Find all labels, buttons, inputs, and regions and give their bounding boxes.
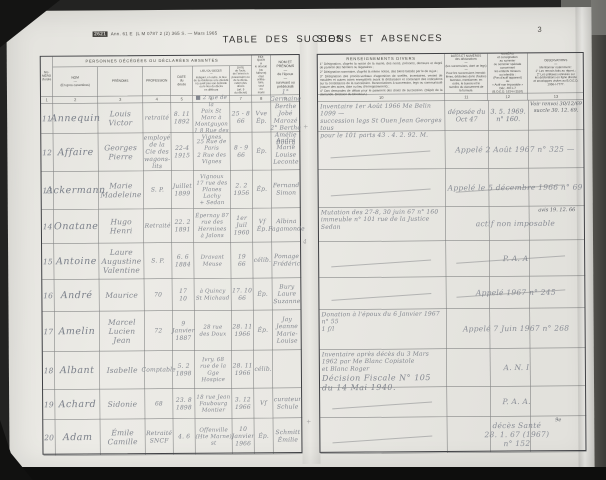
cell-etat: Ép. xyxy=(253,310,272,350)
pen-stroke xyxy=(331,293,431,301)
renseignements-text xyxy=(321,278,443,279)
cell-no: 17 xyxy=(43,312,55,352)
cell-annotation: A. N. I xyxy=(447,348,586,386)
cell-suivi: A. N. I xyxy=(447,348,586,387)
cell-nom: Annequin xyxy=(53,103,98,133)
cell-prenoms: Émile Camille xyxy=(100,419,145,455)
cell-suivi: avis 19. 12. 66actif non imposable xyxy=(446,206,585,241)
cell-prenoms: Georges Pierre xyxy=(98,133,143,171)
cell-epoux: Albina Fagamonde xyxy=(272,208,301,242)
cell-date_deces: 6. 6 1884 xyxy=(172,243,194,279)
cell-nom: Affaire xyxy=(53,133,98,171)
page-title-right: SIONS ET ABSENCES xyxy=(317,33,443,45)
cell-no: 12 xyxy=(41,134,53,172)
cell-profession: employé de la Cie des wagons-lits xyxy=(143,133,171,171)
cell-epoux: curateur Schule xyxy=(273,388,302,418)
cell-lieu_deces: 28 rue des Doux xyxy=(194,310,231,350)
header-date-deces: DATE du décès xyxy=(171,66,193,95)
cell-renseignements xyxy=(320,417,447,454)
cell-renseignements xyxy=(319,241,446,278)
pen-stroke xyxy=(331,259,431,267)
cell-no: 19 xyxy=(43,390,55,420)
gutter-mark: + xyxy=(306,418,311,425)
cell-profession: S. P. xyxy=(144,171,172,209)
header-dates-numeros: DATES ET NUMÉROS des déclarations — (les… xyxy=(445,54,488,94)
cell-profession: retraité xyxy=(143,103,171,133)
cell-etat: célib. xyxy=(253,242,272,278)
cell-date_deces: 22. 2 1891 xyxy=(172,209,194,243)
cell-etat: Vf xyxy=(254,388,273,418)
renseignements-p1: 1° Désignation, d'après la notice de la … xyxy=(320,62,443,70)
scan-bottom-edge xyxy=(0,467,606,480)
group-columns: NOM — (En gros caractères) PRÉNOMS PROFE… xyxy=(53,66,252,97)
cell-annotation: Appelé 2 Août 1967 n° 325 — xyxy=(445,130,584,168)
cell-annotation: Appelé 7 Juin 1967 n° 268 xyxy=(446,308,585,348)
cell-epoux: Bury Laure Suzanne xyxy=(272,278,301,310)
cell-date_deces: 8. 11 1892 xyxy=(171,103,193,133)
cell-date_deces: 5. 2 1898 xyxy=(173,351,195,389)
cell-date_deces: Juillet 1899 xyxy=(172,171,194,209)
cell-no: 16 xyxy=(42,280,54,312)
cell-date_acte: 25 - 8 66 xyxy=(230,102,252,132)
cell-date_acte: 28. 11 1966 xyxy=(232,350,254,388)
pen-stroke xyxy=(332,435,432,443)
cell-epoux: Pomage Frédéric xyxy=(272,242,301,278)
cell-prenoms: Isabelle xyxy=(100,351,145,389)
cell-epoux: 1° Germaine Berthe Jobé Marozé 2° Berthe… xyxy=(271,102,300,132)
register-sheet: 2621Ann. 61 E (L M 0787 2 (2) 365 S. — M… xyxy=(6,7,594,471)
cell-prenoms: Laure Augustine Valentine xyxy=(99,243,144,279)
cell-dates-numeros: déposée du Oct 47 xyxy=(445,101,488,131)
cell-numero: 3. 5. 1969. n° 160. xyxy=(488,100,528,130)
gutter-mark: + xyxy=(303,123,308,130)
cell-nom: Ackermann xyxy=(54,171,99,209)
header-renseignements: RENSEIGNEMENTS DIVERS 1° Désignation, d'… xyxy=(318,54,445,95)
header-nom: NOM — (En gros caractères) xyxy=(53,67,98,96)
cell-lieu_deces: 25 Rue de Paris 2 Rue des Vignes xyxy=(193,132,230,170)
cell-date_acte: 2. 2 1956 xyxy=(231,170,253,208)
cell-etat: Ép. xyxy=(254,418,273,454)
cell-profession: Retraité SNCF xyxy=(145,419,173,455)
cell-prenoms: Maurice xyxy=(99,279,144,311)
renseignements-text xyxy=(321,170,443,171)
header-numero-ordre: NU- MÉRO d'ordre xyxy=(41,57,53,97)
cell-date_acte: 1er Juil 1960 xyxy=(231,208,253,242)
cell-renseignements: Inventaire 1er Août 1966 Me Belin 1099 —… xyxy=(318,101,445,132)
form-reference: 2621Ann. 61 E (L M 0787 2 (2) 365 S. — M… xyxy=(93,31,218,37)
cell-date_acte: 10 Janvier 1966 xyxy=(232,418,254,454)
cell-no: 14 xyxy=(42,210,54,244)
form-ref-detail: (L M 0787 2 (2) 365 S. — Mars 1965 xyxy=(136,31,218,37)
cell-nom: Antoine xyxy=(54,243,99,279)
cell-date_deces: 4. 6 xyxy=(173,419,195,455)
renseignements-p3: 3° Désignation des procès-verbaux d'appo… xyxy=(320,74,443,89)
cell-prenoms: Sidonie xyxy=(100,389,145,419)
cell-etat: Vve Ép. xyxy=(252,102,271,132)
cell-nom: Amelin xyxy=(55,311,100,351)
cell-epoux xyxy=(273,350,302,388)
form-code: 2621 xyxy=(93,31,108,37)
cell-annotation: actif non imposable xyxy=(446,206,585,240)
cell-nom: Achard xyxy=(55,389,100,419)
cell-suivi: P. A. A. xyxy=(447,386,586,417)
cell-date_acte: 8 - 9 66 xyxy=(230,132,252,170)
cell-etat: Ép. xyxy=(253,278,272,310)
cell-suivi: 9edécès Santé 28. 1. 67 (1967) n° 152 xyxy=(447,416,586,453)
page-number: 3 xyxy=(538,25,542,34)
renseignements-text: Mutation des 27-8, 30 juin 67 n° 160 imm… xyxy=(321,208,444,230)
renseignements-text xyxy=(320,132,442,133)
cell-date_acte: 28. 11 1966 xyxy=(231,310,253,350)
cell-epoux: André Marie Louise Leconte xyxy=(271,132,300,170)
cell-suivi: déposée du Oct 473. 5. 1969. n° 160.Voir… xyxy=(445,100,584,131)
cell-nom: Albant xyxy=(55,351,100,389)
gutter-mark: 4 xyxy=(303,238,307,245)
renseignements-text xyxy=(322,388,444,389)
header-profession: PROFESSION xyxy=(143,66,171,95)
form-ref-name: Ann. 61 E xyxy=(111,31,133,36)
cell-lieu_deces: Vignoux 17 rue des Planes Lachy + Sedan xyxy=(194,170,231,208)
cell-profession: Retraité xyxy=(144,209,172,243)
cell-renseignements: Inventaire après décès du 3 Mars 1962 pa… xyxy=(320,349,447,388)
cell-date_acte: 17. 10 66 xyxy=(231,278,253,310)
renseignements-text xyxy=(322,418,444,419)
pen-stroke xyxy=(332,402,432,410)
renseignements-text xyxy=(321,242,443,243)
cell-date_acte: 19 66 xyxy=(231,242,253,278)
cell-date_acte: 3. 12 1966 xyxy=(232,388,254,418)
cell-epoux: Schmitt Émilie xyxy=(273,418,302,454)
cell-date_deces: 23. 8 1898 xyxy=(173,389,195,419)
cell-profession: 72 xyxy=(144,311,172,351)
cell-suivi: P. A. A xyxy=(446,240,585,277)
header-observations: OBSERVATIONS — Mentionner notamment : 1°… xyxy=(528,53,584,93)
cell-lieu_deces: Ivry. 68 rue de la Gge Hospice xyxy=(195,350,232,388)
cell-epoux: Jay Jeanne Marie-Louise xyxy=(272,310,301,350)
pen-stroke xyxy=(331,189,431,197)
table-renseignements: RENSEIGNEMENTS DIVERS 1° Désignation, d'… xyxy=(317,52,587,453)
cell-epoux: Fernand Simon xyxy=(272,170,301,208)
cell-renseignements xyxy=(320,387,447,418)
cell-nom: André xyxy=(54,279,99,311)
cell-renseignements: Donation à l'époux du 6 Janvier 1967 n° … xyxy=(319,309,446,350)
header-date-acte: DATE de l'acte, de l'envoi en possession… xyxy=(230,66,252,95)
cell-profession: Comptable xyxy=(145,351,173,389)
cell-etat: Ép. xyxy=(252,132,271,170)
cell-lieu_deces: Dravant Meuse xyxy=(194,242,231,278)
renseignements-text: Donation à l'époux du 6 Janvier 1967 n° … xyxy=(322,310,445,332)
header-numero-sommier: NUMÉRO et consignation au sommier ou som… xyxy=(488,53,528,93)
cell-lieu_deces: Épernay 87 rue des Hermines à Jalons xyxy=(194,208,231,242)
cell-etat: célib. xyxy=(254,350,273,388)
cell-suivi: Appelé 2 Août 1967 n° 325 — xyxy=(445,130,584,169)
header-indiquer: INDI- QUER si le décédé (ou l'absent) ét… xyxy=(252,55,271,95)
cell-prenoms: Louis Victor xyxy=(98,103,143,133)
cell-profession: S. P. xyxy=(144,243,172,279)
cell-date_deces: 17 10 xyxy=(172,279,194,311)
cell-renseignements: Mutation des 27-8, 30 juin 67 n° 160 imm… xyxy=(319,207,446,242)
cell-annotation: P. A. A. xyxy=(447,386,586,416)
header-prenoms: PRÉNOMS xyxy=(98,66,143,95)
cell-prenoms: Hugo Henri xyxy=(99,209,144,243)
cell-lieu_deces: à Quincy St Michaud xyxy=(194,278,231,310)
cell-prenoms: Marie Madeleine xyxy=(99,171,144,209)
header-group: PERSONNES DÉCÉDÉES OU DÉCLARÉES ABSENTES… xyxy=(53,55,252,96)
cell-lieu_deces: 18 rue Jean Faubourg Montier xyxy=(195,388,232,418)
cell-suivi: Appelé le 5 décembre 1966 n° 69 xyxy=(446,168,585,207)
cell-suivi: Appelé 7 Juin 1967 n° 268 xyxy=(446,308,585,349)
renseignements-text: Inventaire après décès du 3 Mars 1962 pa… xyxy=(322,350,445,372)
cell-no: 15 xyxy=(42,244,54,280)
cell-nom: Adam xyxy=(55,419,100,455)
cell-observations: Voir renvoi 30/12/69 succle 30. 12. 69. xyxy=(529,101,583,114)
cell-lieu_deces: Offenville (Hte Marne) st xyxy=(195,418,232,454)
cell-profession: 70 xyxy=(144,279,172,311)
cell-no: 18 xyxy=(43,352,55,390)
header-lieu-deces: LIEU DU DÉCÈS — Indiquer, en outre, le l… xyxy=(193,66,230,95)
cell-etat: Ép. xyxy=(253,170,272,208)
cell-prenoms: Marcel Lucien Jean xyxy=(100,311,145,351)
cell-nom: Onatane xyxy=(54,209,99,243)
cell-renseignements xyxy=(319,277,446,310)
cell-profession: 68 xyxy=(145,389,173,419)
cell-lieu_deces: ■ 2 rue de la Paix St Marc à Montguyon 1… xyxy=(193,102,230,132)
cell-date_deces: 22-4 1915 xyxy=(171,133,193,171)
cell-renseignements xyxy=(318,131,445,170)
pen-stroke xyxy=(330,151,430,159)
cell-annotation: décès Santé 28. 1. 67 (1967) n° 152 xyxy=(447,416,586,452)
cell-date_deces: 9 Janvier 1887 xyxy=(172,311,194,351)
cell-renseignements xyxy=(319,169,446,208)
table-personnes-decedees: NU- MÉRO d'ordre PERSONNES DÉCÉDÉES OU D… xyxy=(40,54,303,455)
cell-suivi: Appelé 1967 n° 245 xyxy=(446,276,585,309)
scanned-register-page: 2621Ann. 61 E (L M 0787 2 (2) 365 S. — M… xyxy=(0,0,606,480)
cell-no: 20 xyxy=(43,420,55,456)
